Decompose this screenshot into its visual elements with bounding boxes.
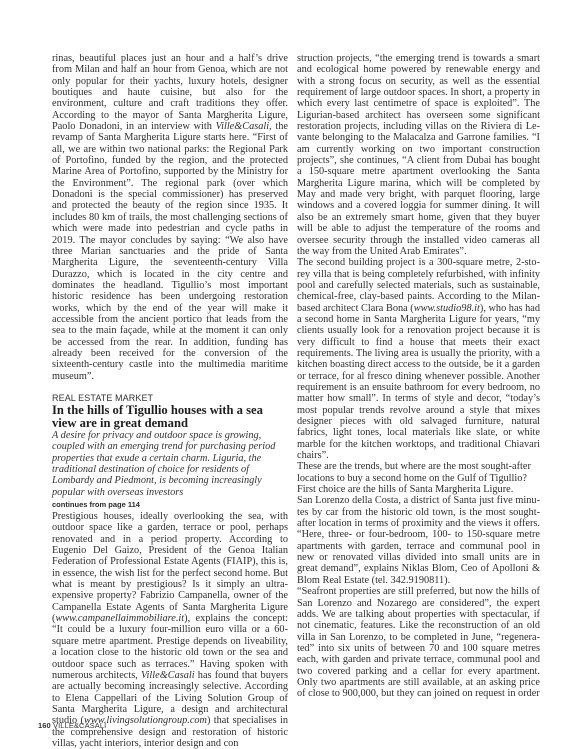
studio98-link: www.studio98.it [414, 303, 480, 314]
magazine-name-inline: Ville&Casali [216, 121, 270, 132]
continues-from-label: continues from page 114 [52, 499, 288, 511]
campanella-link: www.campanellaimmobiliare.it [55, 613, 184, 624]
page-number: 160 [38, 721, 51, 730]
page-footer: 160 VILLE&CASALI [38, 721, 106, 730]
standfirst: A desire for privacy and outdoor space i… [52, 430, 288, 498]
intro-paragraph: rinas, beautiful places just an hour and… [52, 53, 288, 382]
magazine-name: VILLE&CASALI [53, 721, 106, 730]
body-paragraph: The second building project is a 300-squ… [297, 257, 540, 461]
body-paragraph: These are the trends, but where are the … [297, 461, 540, 495]
article-headline: In the hills of Tigullio houses with a s… [52, 404, 288, 430]
body-paragraph: Prestigious houses, ideally overlooking … [52, 511, 288, 749]
left-column: rinas, beautiful places just an hour and… [52, 53, 288, 749]
body-paragraph: struction projects, “the emerging trend … [297, 53, 540, 257]
magazine-name-inline: Ville&Casali [141, 670, 195, 681]
body-paragraph: San Lorenzo della Costa, a district of S… [297, 495, 540, 586]
right-column: struction projects, “the emerging trend … [297, 53, 540, 700]
body-paragraph: “Seafront properties are still preferred… [297, 586, 540, 699]
